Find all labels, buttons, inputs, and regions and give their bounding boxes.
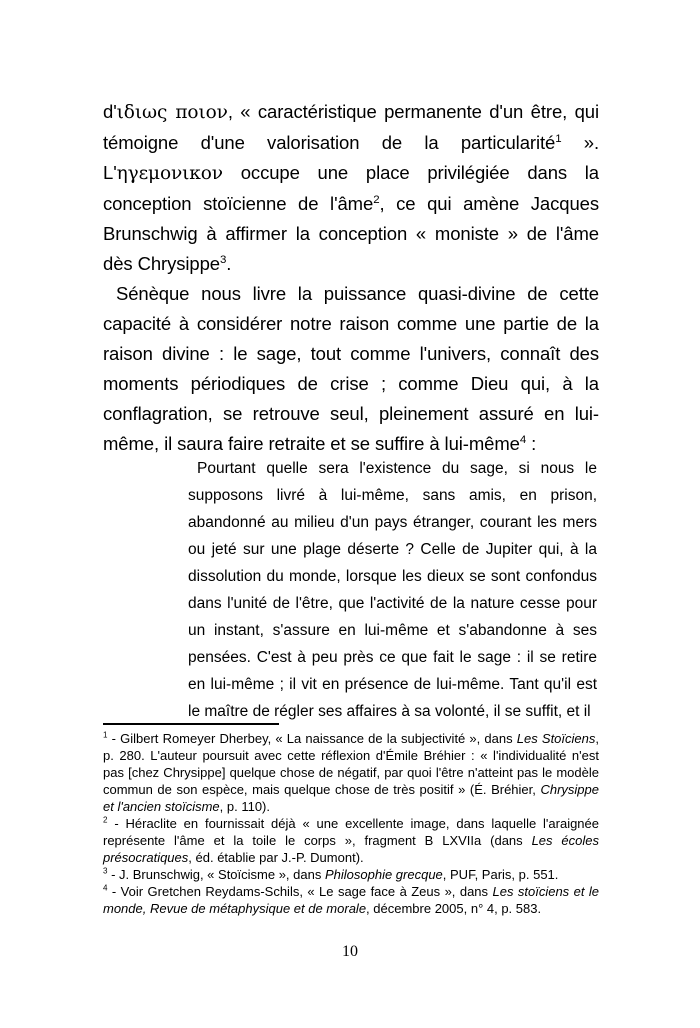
paragraph-1: d'ιδιως ποιον, « caractéristique permane… (103, 97, 599, 279)
footnotes: 1 - Gilbert Romeyer Dherbey, « La naissa… (103, 730, 599, 917)
document-page: d'ιδιως ποιον, « caractéristique permane… (0, 0, 700, 1028)
footnote-3: 3 - J. Brunschwig, « Stoïcisme », dans P… (103, 866, 599, 883)
paragraph-2: Sénèque nous livre la puissance quasi-di… (103, 279, 599, 459)
block-quote: Pourtant quelle sera l'existence du sage… (188, 455, 597, 725)
page-number: 10 (0, 943, 700, 961)
main-text: d'ιδιως ποιον, « caractéristique permane… (103, 97, 599, 459)
footnote-4: 4 - Voir Gretchen Reydams-Schils, « Le s… (103, 883, 599, 917)
footnote-2: 2 - Héraclite en fournissait déjà « une … (103, 815, 599, 866)
footnote-1: 1 - Gilbert Romeyer Dherbey, « La naissa… (103, 730, 599, 815)
footnote-separator (103, 723, 279, 725)
